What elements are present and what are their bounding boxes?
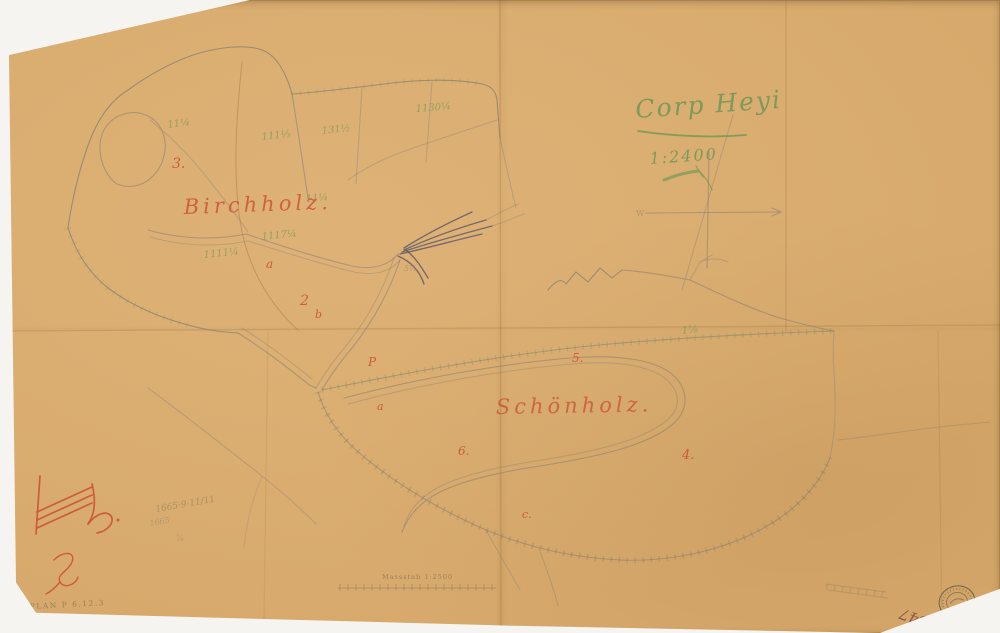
note-1: 1665·9·11/11 [155, 495, 216, 515]
scale-bar: Massstab 1:2500 [338, 573, 496, 591]
scanned-map-page: W Corp Heyi 1:2400 11¼ 111⅓ 131½ 1130¼ 1… [0, 0, 1000, 633]
fraction-1: 11¼ [167, 117, 191, 131]
birchholz-label: Birchholz. [182, 190, 332, 219]
compass-west-label: W [636, 209, 645, 218]
mark-b: b [315, 308, 322, 321]
mark-c: c. [522, 508, 532, 521]
fold-creases [0, 0, 1000, 633]
note-3: ⅞ [176, 534, 184, 543]
paper-sheet: W Corp Heyi 1:2400 11¼ 111⅓ 131½ 1130¼ 1… [0, 0, 1000, 633]
fraction-7: 1111¼ [203, 246, 239, 261]
fraction-6: 1117¼ [261, 228, 297, 243]
fraction-4: 1130¼ [415, 101, 451, 115]
note-4: 5½ [404, 264, 417, 273]
mark-3: 3. [172, 156, 185, 172]
mark-a2: a [377, 400, 384, 413]
red-region-names: Birchholz. Schönholz. [182, 190, 652, 419]
faint-pencil-lines [68, 80, 482, 548]
archive-label: PLAN P 6.12.3 [30, 598, 106, 611]
note-2: 1665 [149, 516, 171, 528]
fraction-2: 111⅓ [261, 129, 291, 143]
bottom-right-hatch-segment [826, 584, 888, 598]
scale-bar-label: Massstab 1:2500 [382, 573, 453, 581]
green-survey-numbers: 11¼ 111⅓ 131½ 1130¼ 11¼ 1117¼ 1111¼ 1⅞ [167, 101, 699, 337]
schoenholz-label: Schönholz. [496, 392, 653, 419]
mark-4: 4. [681, 448, 694, 463]
red-monogram [36, 476, 120, 594]
mark-5: 5. [572, 351, 583, 365]
corner-inventory-note: P647 [897, 604, 941, 633]
compass-rose: W [636, 115, 781, 290]
map-drawing: W Corp Heyi 1:2400 11¼ 111⅓ 131½ 1130¼ 1… [0, 0, 1000, 633]
fraction-3: 131½ [321, 123, 351, 137]
schoenholz-boundaries [318, 255, 990, 606]
mark-p: P [367, 355, 377, 369]
mark-2: 2 [299, 293, 309, 309]
mark-6: 6. [458, 444, 469, 458]
junction-hatching [398, 204, 524, 284]
pencil-boundary-network [68, 47, 516, 390]
map-scale: 1:2400 [649, 144, 718, 168]
mark-a1: a [266, 257, 273, 271]
fraction-8: 1⅞ [681, 325, 698, 337]
map-title: Corp Heyi [634, 85, 782, 124]
